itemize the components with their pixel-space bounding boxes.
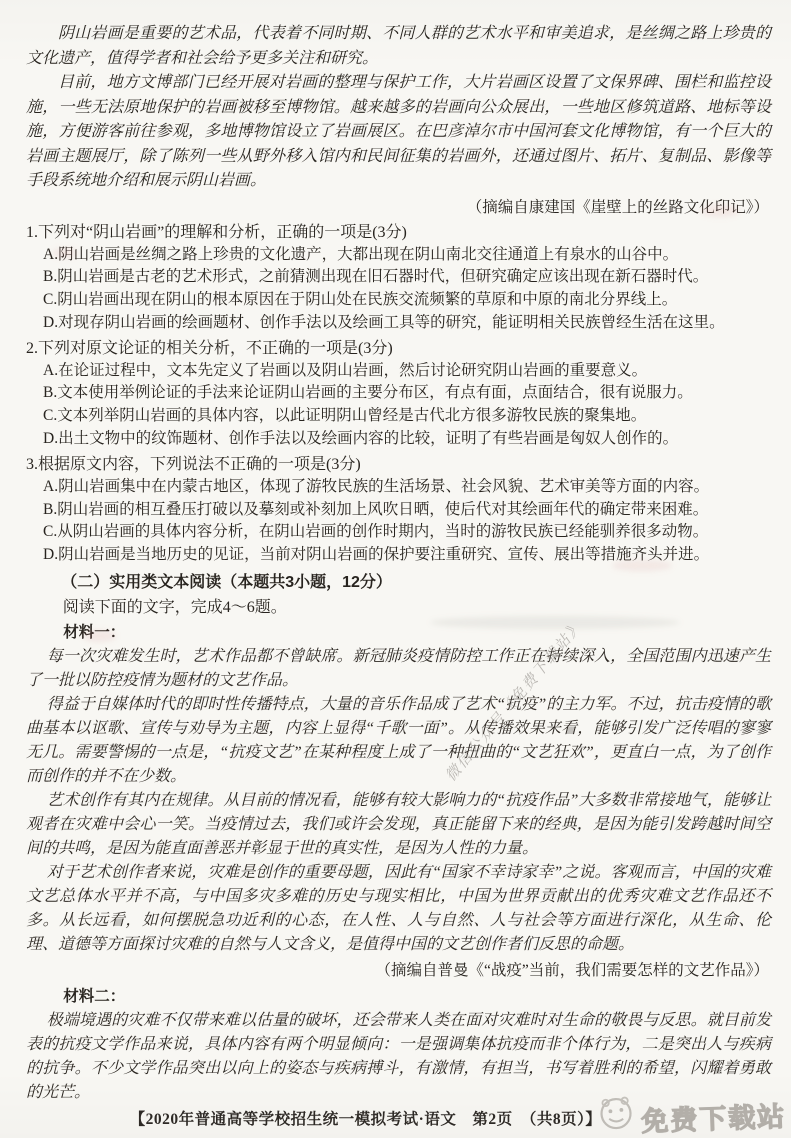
smiley-face-icon [593,1092,638,1134]
material1-label: 材料一： [26,620,771,645]
material2-label: 材料二： [26,984,771,1009]
option-a: A.在论证过程中，文本先定义了岩画以及阴山岩画，然后讨论研究阴山岩画的重要意义。 [26,360,771,383]
question-1: 1.下列对“阴山岩画”的理解和分析，正确的一项是(3分) A.阴山岩画是丝绸之路… [26,221,771,335]
section-heading: （二）实用类文本阅读（本题共3小题，12分） [26,570,771,595]
option-a: A.阴山岩画是丝绸之路上珍贵的文化遗产，大都出现在阴山南北交往通道上有泉水的山谷… [26,244,771,267]
option-c: C.阴山岩画出现在阴山的根本原因在于阴山处在民族交流频繁的草原和中原的南北分界线… [26,289,771,312]
question-2: 2.下列对原文论证的相关分析，不正确的一项是(3分) A.在论证过程中，文本先定… [26,337,771,451]
material-paragraph: 对于艺术创作者来说，灾难是创作的重要母题，因此有“国家不幸诗家幸”之说。客观而言… [26,861,771,957]
passage-paragraph: 目前，地方文博部门已经开展对岩画的整理与保护工作，大片岩画区设置了文保界碑、围栏… [26,71,771,194]
question-stem: 1.下列对“阴山岩画”的理解和分析，正确的一项是(3分) [26,221,771,244]
material-paragraph: 每一次灾难发生时，艺术作品都不曾缺席。新冠肺炎疫情防控工作正在持续深入，全国范围… [26,645,771,693]
material-paragraph: 艺术创作有其内在规律。从目前的情况看，能够有较大影响力的“抗疫作品”大多数非常接… [26,789,771,861]
question-3: 3.根据原文内容，下列说法不正确的一项是(3分) A.阴山岩画集中在内蒙古地区，… [26,453,771,567]
material1-citation: （摘编自普曼《“战疫”当前，我们需要怎样的文艺作品》） [26,959,769,982]
question-stem: 3.根据原文内容，下列说法不正确的一项是(3分) [26,453,771,476]
corner-watermark-label: 免费下载站 [641,1104,787,1136]
exam-page-scan: 阴山岩画是重要的艺术品，代表着不同时期、不同人群的艺术水平和审美追求，是丝绸之路… [0,0,791,1138]
option-a: A.阴山岩画集中在内蒙古地区，体现了游牧民族的生活场景、社会风貌、艺术审美等方面… [26,476,771,499]
reading-instruction: 阅读下面的文字，完成4～6题。 [26,595,771,620]
question-stem: 2.下列对原文论证的相关分析，不正确的一项是(3分) [26,337,771,360]
option-c: C.从阴山岩画的具体内容分析，在阴山岩画的创作时期内，当时的游牧民族已经能驯养很… [26,521,771,544]
corner-watermark: 免费下载站 [593,1087,786,1138]
material-paragraph: 得益于自媒体时代的即时性传播特点，大量的音乐作品成了艺术“抗疫”的主力军。不过，… [26,693,771,789]
option-b: B.文本使用举例论证的手法来论证阴山岩画的主要分布区，有点有面，点面结合，很有说… [26,382,771,405]
passage-paragraph: 阴山岩画是重要的艺术品，代表着不同时期、不同人群的艺术水平和审美追求，是丝绸之路… [26,22,771,71]
option-d: D.出土文物中的纹饰题材、创作手法以及绘画内容的比较，证明了有些岩画是匈奴人创作… [26,428,771,451]
option-d: D.阴山岩画是当地历史的见证，当前对阴山岩画的保护要注重研究、宣传、展出等措施齐… [26,544,771,567]
page-content: 阴山岩画是重要的艺术品，代表着不同时期、不同人群的艺术水平和审美追求，是丝绸之路… [0,0,791,1138]
option-b: B.阴山岩画是古老的艺术形式，之前猜测出现在旧石器时代，但研究确定应该出现在新石… [26,266,771,289]
option-d: D.对现存阴山岩画的绘画题材、创作手法以及绘画工具等的研究，能证明相关民族曾经生… [26,312,771,335]
option-c: C.文本列举阴山岩画的具体内容，以此证明阴山曾经是古代北方很多游牧民族的聚集地。 [26,405,771,428]
option-b: B.阴山岩画的相互叠压打破以及摹刻或补刻加上风吹日晒，使后代对其绘画年代的确定带… [26,499,771,522]
passage-citation: （摘编自康建国《崖壁上的丝路文化印记》） [26,196,769,219]
